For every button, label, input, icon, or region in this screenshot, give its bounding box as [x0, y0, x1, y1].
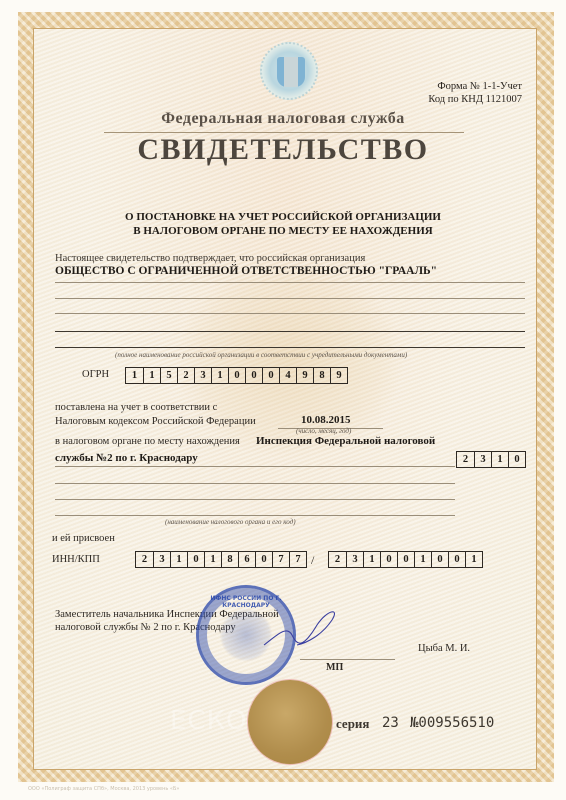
ogrn-digit: 4: [279, 368, 296, 383]
org-name-underline-5: [55, 347, 525, 348]
inn-kpp-label: ИНН/КПП: [52, 554, 100, 565]
state-emblem-icon: [260, 42, 318, 100]
authority-underline-4: [55, 515, 455, 516]
kpp-boxes: 231001001: [328, 551, 483, 568]
org-name-underline-4: [55, 331, 525, 332]
authority-code-digit: 2: [457, 452, 474, 467]
seal-label: МП: [326, 662, 343, 673]
org-name-underline-1: [55, 282, 525, 283]
kpp-digit: 3: [346, 552, 363, 567]
org-name-underline-2: [55, 298, 525, 299]
org-name-underline-3: [55, 313, 525, 314]
document-subtitle: О ПОСТАНОВКЕ НА УЧЕТ РОССИЙСКОЙ ОРГАНИЗА…: [0, 210, 566, 238]
organization-name: ОБЩЕСТВО С ОГРАНИЧЕННОЙ ОТВЕТСТВЕННОСТЬЮ…: [55, 265, 437, 277]
authority-caption: (наименование налогового органа и его ко…: [165, 518, 296, 526]
authority-code-digit: 1: [491, 452, 508, 467]
confirm-text: Настоящее свидетельство подтверждает, чт…: [55, 253, 365, 264]
kpp-digit: 0: [380, 552, 397, 567]
kpp-digit: 0: [397, 552, 414, 567]
authority-underline-2: [55, 483, 455, 484]
series-label: серия: [336, 716, 369, 732]
authority-code-digit: 0: [508, 452, 525, 467]
inn-digit: 2: [136, 552, 153, 567]
assigned-text: и ей присвоен: [52, 533, 115, 544]
inn-digit: 1: [204, 552, 221, 567]
ogrn-digit: 8: [313, 368, 330, 383]
certificate-sheet: Форма № 1-1-Учет Код по КНД 1121007 Феде…: [0, 0, 566, 800]
ogrn-digit: 1: [143, 368, 160, 383]
ogrn-digit: 5: [160, 368, 177, 383]
kpp-digit: 0: [431, 552, 448, 567]
inn-kpp-separator: /: [311, 553, 314, 568]
signature-line: [300, 659, 395, 660]
ogrn-digit: 1: [211, 368, 228, 383]
form-number: Форма № 1-1-Учет: [428, 80, 522, 93]
kpp-digit: 0: [448, 552, 465, 567]
knd-code: Код по КНД 1121007: [428, 93, 522, 106]
signer-name: Цыба М. И.: [418, 643, 470, 654]
authority-label: в налоговом органе по месту нахождения: [55, 436, 240, 447]
inn-boxes: 2310186077: [135, 551, 307, 568]
kpp-digit: 2: [329, 552, 346, 567]
ogrn-digit: 2: [177, 368, 194, 383]
authority-underline-1: [55, 466, 455, 467]
ogrn-digit: 0: [262, 368, 279, 383]
registration-text-2: Налоговым кодексом Российской Федерации: [55, 416, 256, 427]
authority-underline-3: [55, 499, 455, 500]
registration-date: 10.08.2015: [301, 414, 351, 426]
hologram-watermark-text: ЕСКО: [170, 706, 248, 736]
document-title: СВИДЕТЕЛЬСТВО: [0, 133, 566, 167]
date-caption: (число, месяц, год): [296, 427, 351, 435]
subtitle-line-2: В НАЛОГОВОМ ОРГАНЕ ПО МЕСТУ ЕЕ НАХОЖДЕНИ…: [0, 224, 566, 238]
authority-name-1: Инспекция Федеральной налоговой: [256, 435, 435, 447]
registration-text-1: поставлена на учет в соответствии с: [55, 402, 217, 413]
eagle-watermark-icon: [175, 260, 405, 460]
ogrn-digit: 0: [245, 368, 262, 383]
inn-digit: 7: [272, 552, 289, 567]
ogrn-digit: 3: [194, 368, 211, 383]
ogrn-digit: 9: [296, 368, 313, 383]
service-name: Федеральная налоговая служба: [0, 110, 566, 128]
ogrn-boxes: 1152310004989: [125, 367, 348, 384]
kpp-digit: 1: [465, 552, 482, 567]
inn-digit: 7: [289, 552, 306, 567]
subtitle-line-1: О ПОСТАНОВКЕ НА УЧЕТ РОССИЙСКОЙ ОРГАНИЗА…: [0, 210, 566, 224]
authority-code-boxes: 2310: [456, 451, 526, 468]
inn-digit: 6: [238, 552, 255, 567]
ogrn-label: ОГРН: [82, 369, 109, 380]
inn-digit: 3: [153, 552, 170, 567]
printer-imprint: ООО «Полиграф защита СПб», Москва, 2013 …: [28, 786, 179, 792]
form-code-block: Форма № 1-1-Учет Код по КНД 1121007: [428, 80, 522, 106]
inn-digit: 8: [221, 552, 238, 567]
inn-digit: 0: [255, 552, 272, 567]
inn-digit: 1: [170, 552, 187, 567]
hologram-sticker-icon: [248, 680, 332, 764]
kpp-digit: 1: [414, 552, 431, 567]
serial-number: №009556510: [410, 715, 494, 731]
handwritten-signature-icon: [262, 605, 342, 655]
ogrn-digit: 1: [126, 368, 143, 383]
org-name-caption: (полное наименование российской организа…: [115, 351, 407, 359]
ogrn-digit: 9: [330, 368, 347, 383]
authority-name-2: службы №2 по г. Краснодару: [55, 452, 198, 464]
kpp-digit: 1: [363, 552, 380, 567]
authority-code-digit: 3: [474, 452, 491, 467]
ogrn-digit: 0: [228, 368, 245, 383]
inn-digit: 0: [187, 552, 204, 567]
series-number: 23: [382, 715, 399, 731]
